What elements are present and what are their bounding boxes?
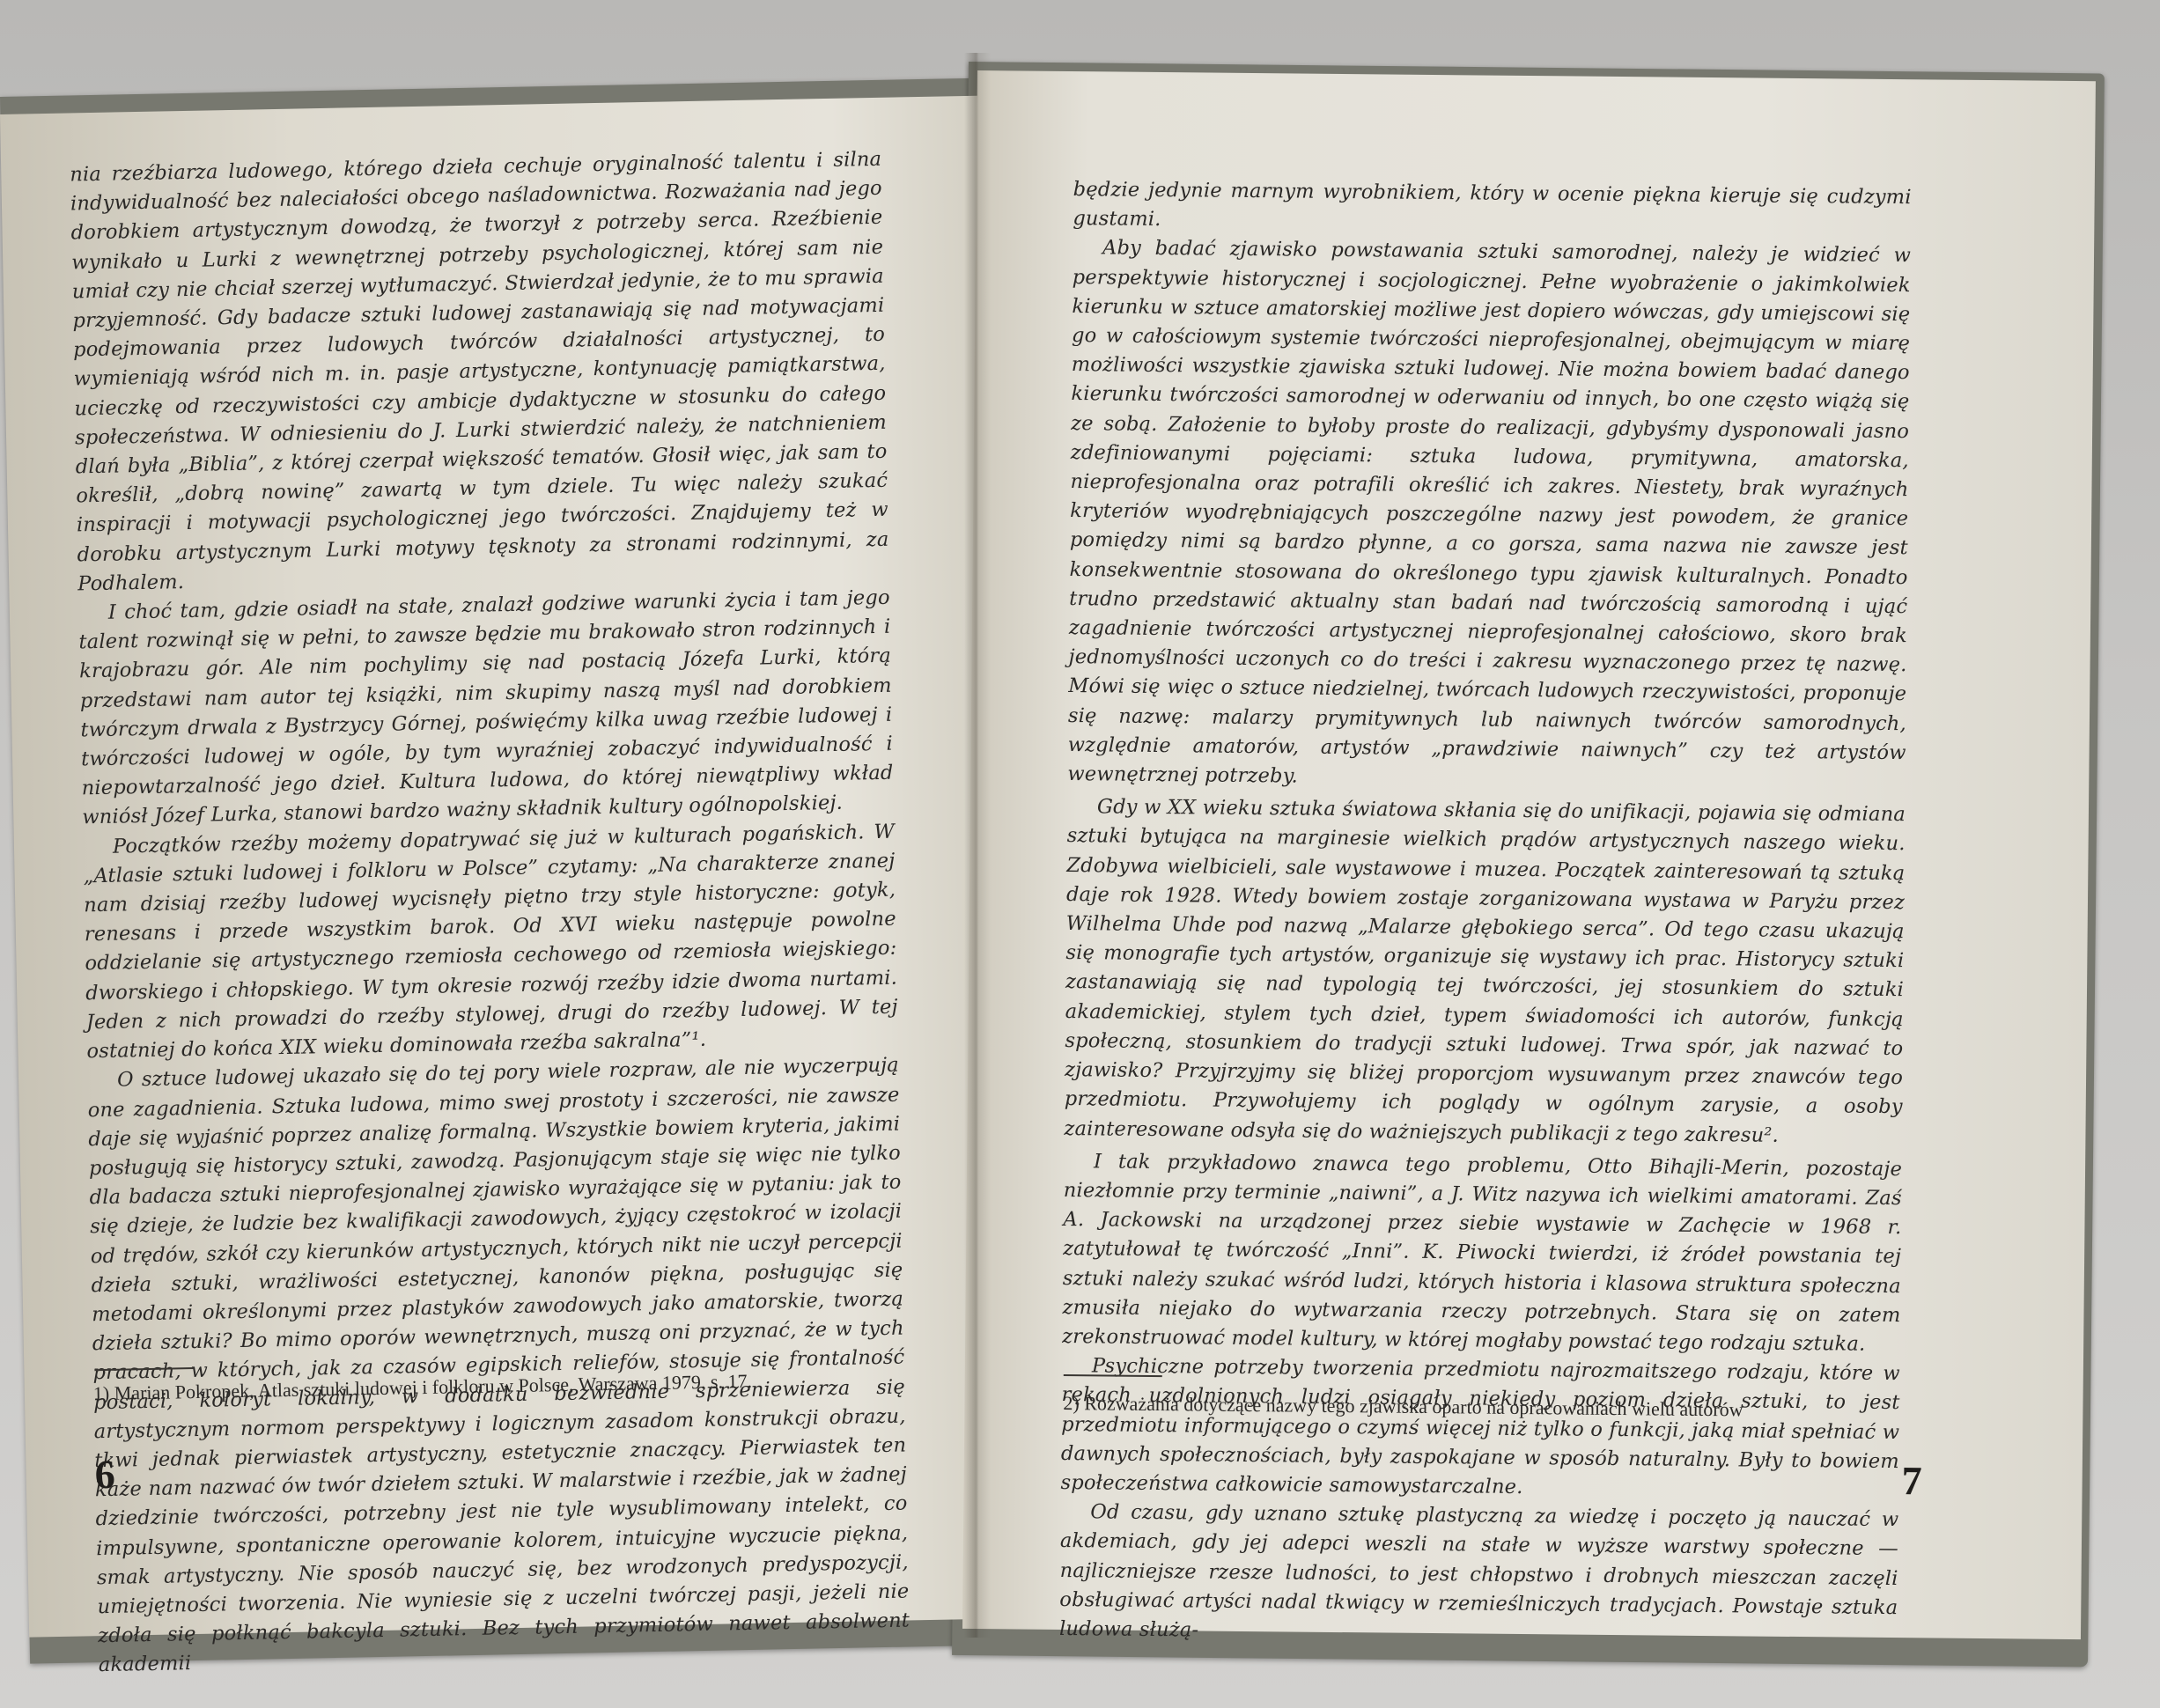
paragraph: Od czasu, gdy uznano sztukę plastyczną z…	[1059, 1498, 1899, 1652]
page-number: 6	[94, 1451, 115, 1498]
paragraph: O sztuce ludowej ukazało się do tej pory…	[87, 1051, 910, 1681]
paragraph: będzie jedynie marnym wyrobnikiem, który…	[1073, 175, 1912, 242]
right-page-body: będzie jedynie marnym wyrobnikiem, który…	[1059, 175, 1912, 1652]
left-page-body: nia rzeźbiarza ludowego, którego dzieła …	[70, 145, 910, 1681]
left-page: nia rzeźbiarza ludowego, którego dzieła …	[0, 96, 1006, 1638]
paragraph: I choć tam, gdzie osiadł na stałe, znala…	[78, 584, 895, 833]
paragraph: Aby badać zjawisko powstawania sztuki sa…	[1067, 233, 1911, 797]
paragraph: nia rzeźbiarza ludowego, którego dzieła …	[70, 145, 889, 600]
page-number: 7	[1901, 1457, 1922, 1504]
paragraph: Gdy w XX wieku sztuka światowa skłania s…	[1064, 792, 1906, 1152]
paragraph: Psychiczne potrzeby tworzenia przedmiotu…	[1060, 1351, 1900, 1506]
paragraph: I tak przykładowo znawca tego problemu, …	[1062, 1147, 1902, 1360]
right-page: będzie jedynie marnym wyrobnikiem, który…	[962, 70, 2096, 1639]
paragraph: Początków rzeźby możemy dopatrywać się j…	[83, 817, 899, 1066]
